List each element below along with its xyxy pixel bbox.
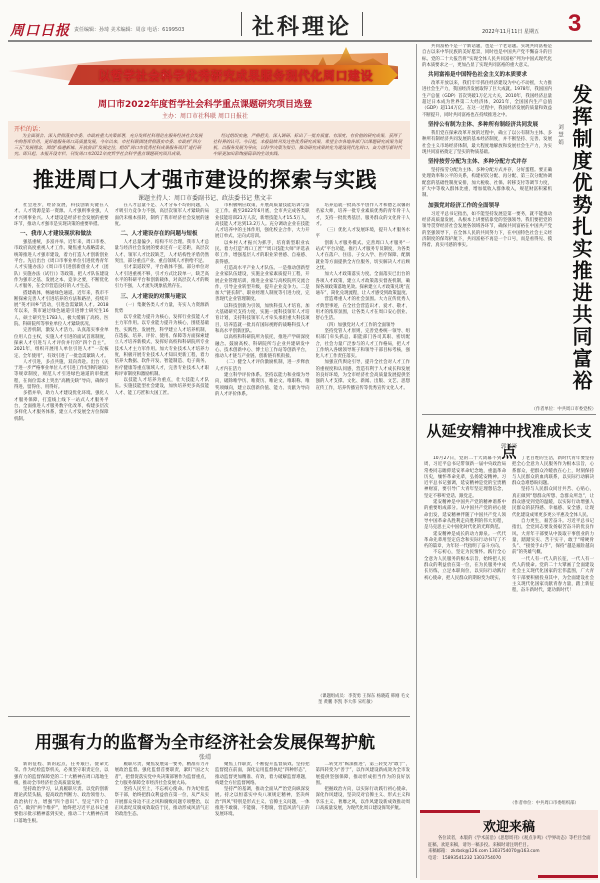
section-rule <box>422 414 596 415</box>
decorative-corner <box>538 875 598 878</box>
paragraph: 坚持按劳分配为主体、多种分配方式并存，分好蛋糕。要正确处理效率和公平的关系，构建… <box>422 168 552 199</box>
article-credit: （课题组成员：李贺勇 王保东 杨晓霞 韩刚 毛文奎 黄鹏 李凯 李大伟 宋红敏） <box>318 694 410 706</box>
paragraph: 坚持与人民群众同甘共苦、心贴心，真正做到“想群众所想、急群众所急”，让群众感受到… <box>512 487 594 518</box>
subheading: 坚持公有制为主体、多种所有制经济共同发展 <box>422 121 552 129</box>
paragraph: 市积极响应政策，开展高质量技能培训与鉴定工作。截至2022年6月底，全市共完成各… <box>215 203 310 241</box>
text-column: 共同富裕不是一个新话题，也是一个老话题。实现共同富裕是自古以来中华民族的美好愿景… <box>422 44 552 302</box>
opening-note-text: 为全面领会、深入贯彻落实市委、市政府重大决策部署，充分发挥社科理论在服务经济社会… <box>14 134 205 158</box>
text-column: 履职尽责，聚焦发展第一要务，精准有力开展政治监督。强化监督首要职责，紧盯“国之大… <box>115 762 210 878</box>
text-column: 培养造就一批高水平创作人才和德艺双馨的名家大师，培养一批专业素质优秀的青年骨干人… <box>316 203 411 703</box>
paragraph: 我们党在探索改革开放的过程中，确立了以公有制为主体、多种所有制经济共同发展的基本… <box>422 131 552 156</box>
paragraph: 社会进步，经济发展，科技创新关键在人才。人才资源是第一资源。人才强则事业强，人才… <box>14 203 109 228</box>
article-byline: 郭溢泽 <box>422 442 596 450</box>
paragraph: 搭建载体，畅通绿色通道。近年来，我市不断探索完善人才引进培养的方法和路径，持续开… <box>14 291 109 329</box>
column-divider <box>416 44 417 878</box>
text-column: 在人才总量不足、人才分布不均的问题，人才吸引力竞争力不强，高层次领军人才紧缺的局… <box>115 203 210 703</box>
paragraph: 加大人才政策落实力度。全面落实已出台的各项人才政策，建立人才政策落实督查机制，确… <box>316 272 411 297</box>
article-credit: （作者单位：中共周口市委党校） <box>490 406 596 412</box>
column-banner: 以哲学社会科学优秀研究成果服务现代化周口建设 <box>8 43 408 97</box>
paragraph: 以技能人才培养为重点，壮大技能人才队伍。实施技能型社会建设，加快培养更多高技能人… <box>115 378 210 397</box>
paragraph: 强基重统，多富并举。近年来，周口市委、市政府高度重视人才工作。聚焦重大战略需求，… <box>14 240 109 290</box>
paragraph: 加强宣传舆论引导，提升全社会对人才工作的重视度和认同感，营造有利于人才成长和发展… <box>316 360 411 391</box>
article-body: 10月27日，党的二十大闭幕不到一周，习近平总书记带领新一届中央政治局常委同志瞻… <box>424 456 594 808</box>
paragraph: 培养造就一批高水平创作人才和德艺双馨的名家大师，培养一批专业素质优秀的青年骨干人… <box>316 203 411 228</box>
paragraph: 以专业能力提升为核心，发挥行业技能人才主力军作用。以专业能力提升为核心，围绕基础… <box>115 315 210 378</box>
welcome-text: 各位读者，本版的《学术前沿》《思想周刊》《观点争鸣》《学界动态》等栏目全面征稿，… <box>428 836 594 849</box>
article-body: 共同富裕不是一个新话题，也是一个老话题。实现共同富裕是自古以来中华民族的美好愿景… <box>422 44 552 392</box>
masthead: 周口日报 责任编辑：孙琦 美术编辑：周彦 电话：6199503 社科理论 202… <box>0 0 600 40</box>
banner-slogan: 以哲学社会科学优秀研究成果服务现代化周口建设 <box>98 67 373 84</box>
phone-label: 电话： <box>428 856 441 861</box>
article-byline: 课题主持人：周口市委副书记、政法委书记 焦文丰 <box>0 193 410 202</box>
article-headline: 推进周口人才强市建设的探索与实践 <box>0 164 410 194</box>
paragraph: 二转变为“纵深推进”，第三转变为“敢于”，第四转变为“善于”，以作风建设新成效为… <box>316 762 411 787</box>
opening-note-label: 开栏的话： <box>14 124 404 133</box>
text-column: 二转变为“纵深推进”，第三转变为“敢于”，第四转变为“善于”，以作风建设新成效为… <box>316 762 411 878</box>
paragraph: 多措并举，助力人才建设优化环境。强化人才服务保障，打造线上线下一站式人才服务平台… <box>14 391 109 422</box>
paragraph: 坚持政治学习，认真履职尽责。以党的创新理论武装头脑，提高政治判断力、政治领悟力、… <box>14 787 109 825</box>
paragraph: 创新人才服务模式。完善周口人才服务“一站式”平台功能，推行人才服务专员制度，为各… <box>316 241 411 272</box>
article-body: 新的征程、新的起点，任务艰巨、使命光荣。作为纪检监察机关，必须坚守职责定位，以强… <box>14 762 410 878</box>
section-rule <box>8 716 410 717</box>
paragraph: 履职尽责，聚焦发展第一要务，精准有力开展政治监督。强化监督首要职责，紧盯“国之大… <box>115 762 210 787</box>
text-column: 新的征程、新的起点，任务艰巨、使命光荣。作为纪检监察机关，必须坚守职责定位，以强… <box>14 762 109 878</box>
paragraph: 聚焦工作职责，不断提升监督质效。坚持把监督挺在前面，深化运用监督执纪“四种形态”… <box>215 762 310 787</box>
paragraph: 共同富裕不是一个新话题，也是一个老话题。实现共同富裕是自古以来中华民族的美好愿景… <box>422 44 552 69</box>
paragraph: 完善机制，激发人才活力。认真落实事业单位用人自主权，实施人才引进的面试首席制度，… <box>14 328 109 359</box>
article-headline-vertical: 发挥制度优势扎实推进共同富裕 <box>566 84 594 392</box>
issue-date: 2022年11月11日 星期五 <box>482 28 539 35</box>
paragraph: 不忘初心，坚定为民情怀。践行全心全意为人民服务的根本宗旨，始终把人民群众的利益放… <box>424 550 506 581</box>
text-column: 社会进步，经济发展，科技创新关键在人才。人才资源是第一资源。人才强则事业强，人才… <box>14 203 109 703</box>
article-byline: 张靖 <box>0 752 410 761</box>
subheading: 加强党对经济工作的全面领导 <box>422 202 552 210</box>
paragraph: 以科技创新为引领，加快科技人才培育。加大基础研究支持力度，实施一流科技领军人才培… <box>215 304 310 335</box>
text-column: 10月27日，党的二十大闭幕不到一周，习近平总书记带领新一届中央政治局常委同志瞻… <box>424 456 506 808</box>
paragraph: 在人才总量不足、人才分布不均的问题，人才吸引力竞争力不强，高层次领军人才紧缺的局… <box>115 203 210 228</box>
article-byline: 刘慧娟 <box>556 124 564 147</box>
text-column: 聚焦工作职责，不断提升监督质效。坚持把监督挺在前面，深化运用监督执纪“四种形态”… <box>215 762 310 878</box>
paragraph: 引才渠道较窄，平台载体不强。部分单位对人才引进重视不够，引才方式比较单一，缺乏高… <box>115 265 210 290</box>
call-for-submissions-box: 欢迎来稿 各位读者，本版的《学术前沿》《思想周刊》《观点争鸣》《学界动态》等栏目… <box>420 810 598 880</box>
email-label: 来稿邮箱： <box>428 849 449 854</box>
text-column: 了老百姓的生活，新时代青年要坚持把全心全意为人民服务作为根本宗旨，心系群众，把群… <box>512 456 594 808</box>
welcome-title: 欢迎来稿 <box>420 816 598 835</box>
paragraph: 营造尊重人才的社会氛围。大力宣传优秀人才典型事迹，在全社会营造识才、爱才、敬才、… <box>316 297 411 322</box>
phone-number: 15893541232 1303754070 <box>442 856 501 861</box>
paragraph: 新的征程、新的起点，任务艰巨、使命光荣。作为纪检监察机关，必须坚守职责定位，以强… <box>14 762 109 787</box>
paragraph: 一代人有一代人的长征，一代人有一代人的使命。党的二十大擘画了全面建设社会主义现代… <box>512 557 594 595</box>
subheading: 共同富裕是中国特色社会主义的本质要求 <box>422 71 552 79</box>
paragraph: （一）集聚各类人才力量，夯实人力资源新优势 <box>115 303 210 316</box>
series-title: 周口市2022年度哲学社会科学重点课题研究项目选登 <box>0 97 410 110</box>
article-headline: 用强有力的监督为全市经济社会发展保驾护航 <box>0 728 410 753</box>
paragraph: 坚持人民至上，不忘初心使命。作为纪检监察干部，始终把群众利益放在第一位，从严从实… <box>115 787 210 818</box>
opening-note-box: 开栏的话： 为全面领会、深入贯彻落实市委、市政府重大决策部署，充分发挥社科理论在… <box>8 121 410 159</box>
paragraph: 坚持严的基调，推动全面从严治党向纵深发展。持之以恒落实中央八项规定精神，坚决纠治… <box>215 787 310 818</box>
decorative-corner <box>420 810 480 813</box>
text-column: 市积极响应政策，开展高质量技能培训与鉴定工作。截至2022年6月底，全市共完成各… <box>215 203 310 703</box>
opening-note-text: 经过组织实施，严格把关，深入调研、标出了一批有质量、有深度、有价值的研究成果，获… <box>213 134 404 158</box>
paragraph: 建立科学评价体系。坚持以能力和业绩为导向，破除唯学历、唯资历、唯论文、唯职称、唯… <box>215 373 310 398</box>
editor-info: 责任编辑：孙琦 美术编辑：周彦 电话：6199503 <box>74 26 184 33</box>
paragraph: 习近平总书记指出，如不能坚持发展是第一要务，就不能推动经济高质量发展，从根本上讲… <box>422 212 552 250</box>
newspaper-logo: 周口日报 <box>10 20 70 40</box>
paragraph: （二）健全人才评价激励机制，进一步释放人才内在活力 <box>215 360 310 373</box>
paragraph: 了老百姓的生活，新时代青年要坚持把全心全意为人民服务作为根本宗旨，心系群众，把群… <box>512 456 594 487</box>
subheading: 二、人才建设存在的问题与短板 <box>115 230 210 238</box>
paragraph: 延安精神是中国共产党的精神谱系中的重要组成部分。从中国共产党的初心使命出发，延安… <box>424 500 506 531</box>
paragraph: 10月27日，党的二十大闭幕不到一周，习近平总书记带领新一届中央政治局常委同志瞻… <box>424 456 506 500</box>
email-address[interactable]: zkrbsk@126.com 1303754070@163.com <box>451 849 540 854</box>
page-number: 3 <box>568 10 581 38</box>
sponsor-line: 主办：周口市社科联 周口日报社 <box>0 111 410 120</box>
paragraph: 人才总量偏少，结构不尽合理。我市人才总量与经济社会发展的要求还有一定差距，高层次… <box>115 240 210 265</box>
paragraph: （三）优化人才发展环境，提升人才服务水平 <box>316 228 411 241</box>
article-credit: （作者单位：中共周口市委组织部） <box>510 800 598 806</box>
paragraph: 坚持党管人才原则，完善党委统一领导、组织部门牵头抓总、职能部门各司其职、密切配合… <box>316 329 411 360</box>
article-body: 社会进步，经济发展，科技创新关键在人才。人才资源是第一资源。人才强则事业强，人才… <box>14 203 410 703</box>
paragraph: 以高校和科研院所为依托，推进产学研深度融合。鼓励高校、科研院所与企业共建研发中心… <box>215 335 310 360</box>
masthead-rule <box>8 40 592 42</box>
paragraph: 延安精神是成长的动力源泉。一代代革命先辈用坚定信念和实际行动书写了不朽的篇章，为… <box>424 532 506 551</box>
section-title: 社科理论 <box>252 10 352 41</box>
paragraph: 自力更生，艰苦奋斗。习近平总书记指出，全党同志要发扬艰苦奋斗的优良作风。大青年干… <box>512 519 594 557</box>
paragraph: 改革开放以来，我们牢牢抓住经济建设为中心不动摇，大力推进社会生产力，我国经济发展… <box>422 81 552 119</box>
paragraph: 把握政治方向，以实际行动践行初心使命。深化作风建设，坚决反对官僚主义、形式主义和… <box>316 787 411 812</box>
divider <box>241 12 242 36</box>
subheading: 一、我市人才建设现状和做法 <box>14 230 109 238</box>
paragraph: 人才引进，多点共施，双向奔赴。出台《关于进一步严格事业单位人才引进工作纪律的通知… <box>14 360 109 391</box>
divider <box>362 12 363 36</box>
paragraph: 打造高水平产业人才队伍。一是推动创新型企业家队伍建设，实施企业家素质提升工程，开… <box>215 266 310 304</box>
paragraph: 以乡村人才振兴为抓手，培育新型职业农民。着力打造“周口工匠”“周口技能大师”评选… <box>215 241 310 266</box>
subheading: 坚持按劳分配为主体、多种分配方式并存 <box>422 158 552 166</box>
subheading: 三、人才建设的对策与建议 <box>115 293 210 301</box>
